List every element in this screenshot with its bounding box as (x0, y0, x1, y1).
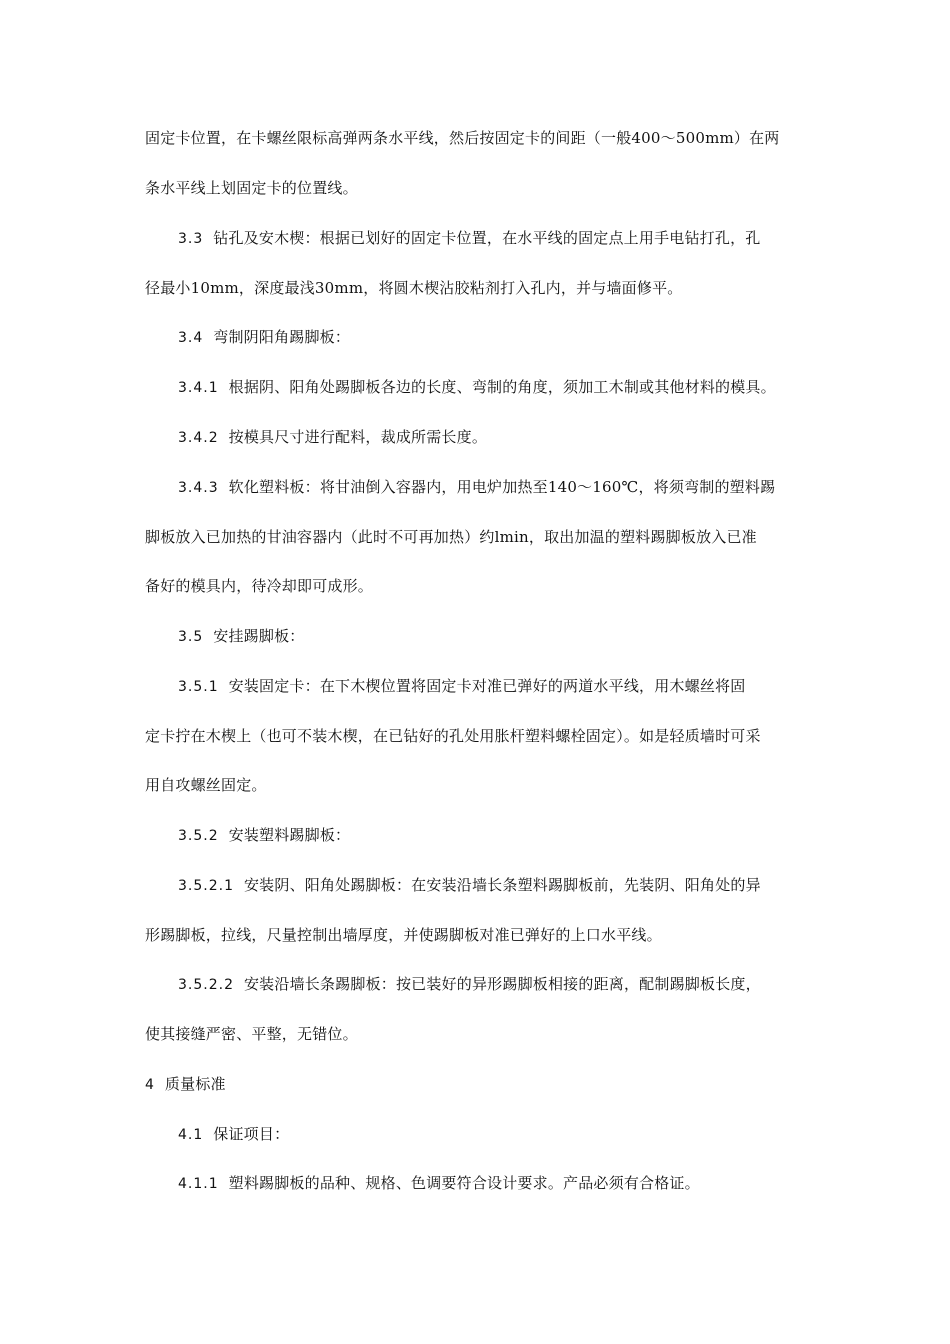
line-text: 保证项目： (213, 1125, 289, 1143)
line-text: 弯制阴阳角踢脚板： (213, 328, 350, 346)
paragraph-line: 用自攻螺丝固定。 (145, 775, 267, 795)
line-text: 安装沿墙长条踢脚板：按已装好的异形踢脚板相接的距离，配制踢脚板长度， (244, 975, 761, 993)
line-text: 条水平线上划固定卡的位置线。 (145, 179, 358, 197)
paragraph-line: 3.5.2安装塑料踢脚板： (178, 825, 350, 846)
section-number: 3.4.2 (178, 430, 219, 446)
line-text: 脚板放入已加热的甘油容器内（此时不可再加热）约lmin，取出加温的塑料踢脚板放入… (145, 528, 757, 546)
paragraph-line: 3.5安挂踢脚板： (178, 626, 304, 647)
paragraph-line: 定卡拧在木楔上（也可不装木楔，在已钻好的孔处用胀杆塑料螺栓固定）。如是轻质墙时可… (145, 726, 761, 746)
line-text: 径最小10mm，深度最浅30mm，将圆木楔沾胶粘剂打入孔内，并与墙面修平。 (145, 279, 682, 297)
line-text: 根据阴、阳角处踢脚板各边的长度、弯制的角度，须加工木制或其他材料的模具。 (229, 378, 776, 396)
paragraph-line: 条水平线上划固定卡的位置线。 (145, 178, 358, 198)
paragraph-line: 备好的模具内，待冷却即可成形。 (145, 576, 373, 596)
line-text: 用自攻螺丝固定。 (145, 776, 267, 794)
line-text: 按模具尺寸进行配料，裁成所需长度。 (229, 428, 487, 446)
paragraph-line: 4.1.1塑料踢脚板的品种、规格、色调要符合设计要求。产品必须有合格证。 (178, 1173, 700, 1194)
section-number: 3.3 (178, 231, 203, 247)
paragraph-line: 径最小10mm，深度最浅30mm，将圆木楔沾胶粘剂打入孔内，并与墙面修平。 (145, 278, 682, 298)
section-number: 3.4.1 (178, 380, 219, 396)
line-text: 使其接缝严密、平整，无错位。 (145, 1025, 358, 1043)
line-text: 软化塑料板：将甘油倒入容器内，用电炉加热至140～160℃，将须弯制的塑料踢 (229, 478, 776, 496)
section-heading: 4质量标准 (145, 1074, 226, 1095)
paragraph-line: 3.4.1根据阴、阳角处踢脚板各边的长度、弯制的角度，须加工木制或其他材料的模具… (178, 377, 776, 398)
line-text: 固定卡位置，在卡螺丝限标高弹两条水平线，然后按固定卡的间距（一般400～500m… (145, 129, 780, 147)
document-page: 固定卡位置，在卡螺丝限标高弹两条水平线，然后按固定卡的间距（一般400～500m… (0, 0, 950, 1344)
section-number: 3.5.2.2 (178, 977, 234, 993)
paragraph-line: 3.5.2.2安装沿墙长条踢脚板：按已装好的异形踢脚板相接的距离，配制踢脚板长度… (178, 974, 761, 995)
line-text: 形踢脚板，拉线，尺量控制出墙厚度，并使踢脚板对准已弹好的上口水平线。 (145, 926, 662, 944)
line-text: 安挂踢脚板： (213, 627, 304, 645)
section-number: 3.5.2 (178, 828, 219, 844)
section-number: 3.5.1 (178, 679, 219, 695)
paragraph-line: 3.5.2.1安装阴、阳角处踢脚板：在安装沿墙长条塑料踢脚板前，先装阴、阳角处的… (178, 875, 761, 896)
line-text: 安装固定卡：在下木楔位置将固定卡对准已弹好的两道水平线，用木螺丝将固 (229, 677, 746, 695)
line-text: 安装塑料踢脚板： (229, 826, 351, 844)
line-text: 塑料踢脚板的品种、规格、色调要符合设计要求。产品必须有合格证。 (229, 1174, 700, 1192)
line-text: 安装阴、阳角处踢脚板：在安装沿墙长条塑料踢脚板前，先装阴、阳角处的异 (244, 876, 761, 894)
section-number: 3.5 (178, 629, 203, 645)
line-text: 定卡拧在木楔上（也可不装木楔，在已钻好的孔处用胀杆塑料螺栓固定）。如是轻质墙时可… (145, 727, 761, 745)
line-text: 备好的模具内，待冷却即可成形。 (145, 577, 373, 595)
line-text: 质量标准 (165, 1075, 226, 1093)
paragraph-line: 脚板放入已加热的甘油容器内（此时不可再加热）约lmin，取出加温的塑料踢脚板放入… (145, 527, 757, 547)
section-number: 3.4 (178, 330, 203, 346)
paragraph-line: 3.4.2按模具尺寸进行配料，裁成所需长度。 (178, 427, 487, 448)
paragraph-line: 形踢脚板，拉线，尺量控制出墙厚度，并使踢脚板对准已弹好的上口水平线。 (145, 925, 662, 945)
section-number: 3.4.3 (178, 480, 219, 496)
section-number: 4.1 (178, 1127, 203, 1143)
section-number: 4 (145, 1077, 155, 1093)
paragraph-line: 3.3钻孔及安木楔：根据已划好的固定卡位置，在水平线的固定点上用手电钻打孔，孔 (178, 228, 760, 249)
paragraph-line: 4.1保证项目： (178, 1124, 289, 1145)
paragraph-line: 3.5.1安装固定卡：在下木楔位置将固定卡对准已弹好的两道水平线，用木螺丝将固 (178, 676, 745, 697)
paragraph-line: 3.4弯制阴阳角踢脚板： (178, 327, 350, 348)
paragraph-line: 固定卡位置，在卡螺丝限标高弹两条水平线，然后按固定卡的间距（一般400～500m… (145, 128, 780, 148)
section-number: 3.5.2.1 (178, 878, 234, 894)
section-number: 4.1.1 (178, 1176, 219, 1192)
paragraph-line: 使其接缝严密、平整，无错位。 (145, 1024, 358, 1044)
paragraph-line: 3.4.3软化塑料板：将甘油倒入容器内，用电炉加热至140～160℃，将须弯制的… (178, 477, 775, 498)
line-text: 钻孔及安木楔：根据已划好的固定卡位置，在水平线的固定点上用手电钻打孔，孔 (213, 229, 760, 247)
